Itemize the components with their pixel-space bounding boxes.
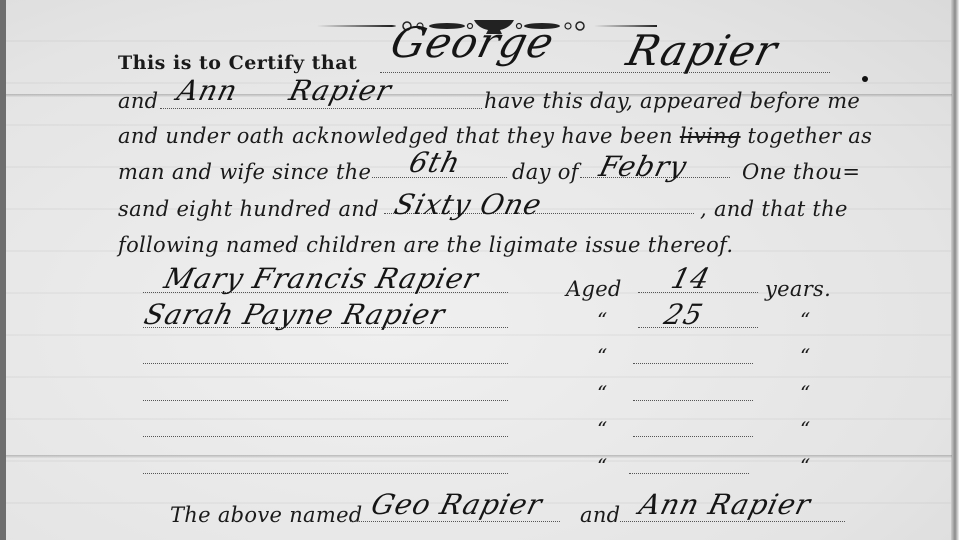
day-value: 6th <box>406 146 464 179</box>
wife-first-name: Ann <box>174 74 242 107</box>
child-age-field <box>633 436 753 437</box>
children-intro-text: following named children are the ligimat… <box>118 233 733 257</box>
ditto-mark: “ <box>597 308 607 332</box>
child-age-field <box>629 473 749 474</box>
wife-last-name: Rapier <box>286 74 395 107</box>
child-age-field <box>633 363 753 364</box>
ditto-mark: “ <box>800 308 810 332</box>
years-label: years. <box>765 277 831 301</box>
year-value: Sixty One <box>391 188 546 221</box>
one-thousand-text: One thou= <box>742 160 860 184</box>
child-name-field <box>143 436 508 437</box>
oath-text-post: together as <box>748 124 873 148</box>
ditto-mark: “ <box>597 417 607 441</box>
wife-name-field <box>160 108 482 109</box>
certify-phrase: This is to Certify that <box>118 52 357 74</box>
closing-husband-name: Geo Rapier <box>368 488 546 521</box>
ditto-mark: “ <box>597 381 607 405</box>
husband-last-name: Rapier <box>622 26 783 75</box>
husband-first-name: George <box>386 18 560 67</box>
above-named-text: The above named <box>170 503 363 527</box>
child-name-field <box>143 473 508 474</box>
month-value: Febry <box>596 150 691 183</box>
child-name: Mary Francis Rapier <box>161 262 482 295</box>
day-of-label: day of <box>512 160 579 184</box>
since-text: man and wife since the <box>118 160 371 184</box>
ditto-mark: “ <box>597 454 607 478</box>
oath-text-pre: and under oath acknowledged that they ha… <box>118 124 673 148</box>
ditto-mark: “ <box>800 344 810 368</box>
struck-word: living <box>680 124 741 148</box>
eight-hundred-text: sand eight hundred and <box>118 197 379 221</box>
aged-label: Aged <box>566 277 622 301</box>
and-that-text: , and that the <box>700 197 848 221</box>
ink-blot <box>862 76 868 82</box>
closing-and-label: and <box>580 503 620 527</box>
ditto-mark: “ <box>800 381 810 405</box>
child-name-field <box>143 400 508 401</box>
appeared-text: have this day, appeared before me <box>484 89 860 113</box>
ditto-mark: “ <box>597 344 607 368</box>
closing-husband-field <box>350 521 560 522</box>
child-age: 25 <box>661 298 707 331</box>
oath-text: and under oath acknowledged that they ha… <box>118 124 872 148</box>
ditto-mark: “ <box>800 417 810 441</box>
scan-right-edge <box>951 0 959 540</box>
closing-wife-name: Ann Rapier <box>636 488 815 521</box>
closing-wife-field <box>620 521 845 522</box>
child-age-field <box>633 400 753 401</box>
and-label: and <box>118 89 158 113</box>
ditto-mark: “ <box>800 454 810 478</box>
child-name: Sarah Payne Rapier <box>141 298 449 331</box>
child-name-field <box>143 363 508 364</box>
